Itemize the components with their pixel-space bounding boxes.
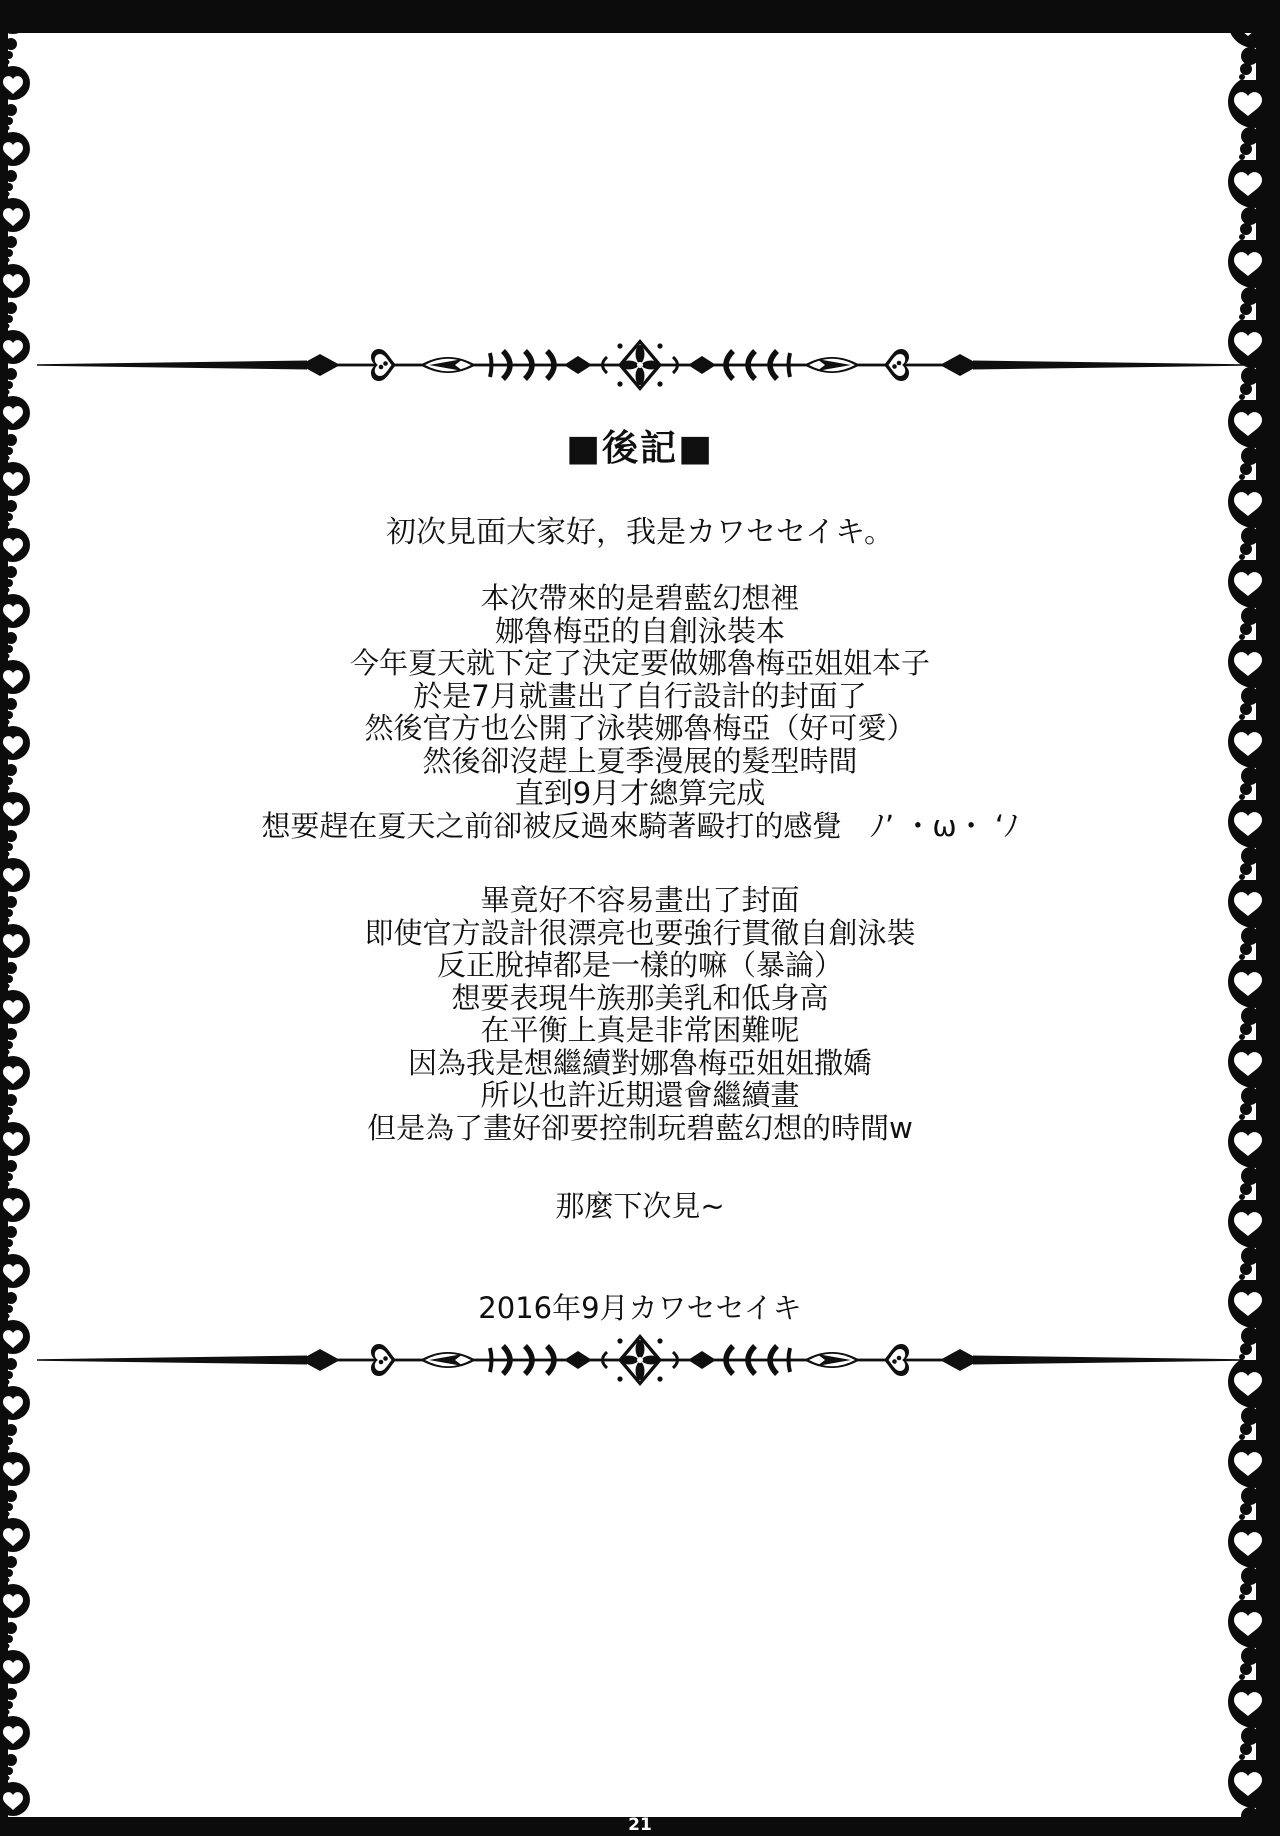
divider-ornament-top bbox=[35, 337, 1245, 393]
afterword-paragraph-1: 本次帶來的是碧藍幻想裡 娜魯梅亞的自創泳裝本 今年夏天就下定了決定要做娜魯梅亞姐… bbox=[40, 582, 1240, 842]
divider-ornament-bottom bbox=[35, 1332, 1245, 1388]
afterword-line: 今年夏天就下定了決定要做娜魯梅亞姐姐本子 bbox=[40, 647, 1240, 680]
afterword-line: 於是7月就畫出了自行設計的封面了 bbox=[40, 680, 1240, 713]
afterword-title: ■後記■ bbox=[40, 420, 1240, 471]
afterword-line: 即使官方設計很漂亮也要強行貫徹自創泳裝 bbox=[40, 917, 1240, 950]
afterword-line: 想要表現牛族那美乳和低身高 bbox=[40, 982, 1240, 1015]
afterword-line: 所以也許近期還會繼續畫 bbox=[40, 1079, 1240, 1112]
afterword-page: 21 ■後記■ 初次見面大家好，我是カワセセイキ。 本次帶來的是碧藍幻想裡 娜魯… bbox=[0, 0, 1280, 1836]
frame-bar-top bbox=[0, 0, 1280, 33]
afterword-line: 但是為了畫好卻要控制玩碧藍幻想的時間w bbox=[40, 1112, 1240, 1145]
afterword-line: 娜魯梅亞的自創泳裝本 bbox=[40, 615, 1240, 648]
frame-bar-bottom: 21 bbox=[0, 1817, 1280, 1836]
afterword-line: 因為我是想繼續對娜魯梅亞姐姐撒嬌 bbox=[40, 1047, 1240, 1080]
lace-border-right bbox=[1168, 0, 1280, 1836]
afterword-line: 直到9月才總算完成 bbox=[40, 777, 1240, 810]
greeting-line: 初次見面大家好，我是カワセセイキ。 bbox=[40, 516, 1240, 550]
afterword-line: 在平衡上真是非常困難呢 bbox=[40, 1014, 1240, 1047]
lace-border-left bbox=[0, 0, 38, 1836]
afterword-line: 本次帶來的是碧藍幻想裡 bbox=[40, 582, 1240, 615]
afterword-line: 想要趕在夏天之前卻被反過來騎著毆打的感覺 ﾉ’ ・ω・ ‘ﾉ bbox=[40, 810, 1240, 843]
afterword-paragraph-2: 畢竟好不容易畫出了封面 即使官方設計很漂亮也要強行貫徹自創泳裝 反正脫掉都是一樣… bbox=[40, 884, 1240, 1144]
afterword-line: 然後官方也公開了泳裝娜魯梅亞（好可愛） bbox=[40, 712, 1240, 745]
afterword-line: 然後卻沒趕上夏季漫展的髮型時間 bbox=[40, 745, 1240, 778]
page-number: 21 bbox=[628, 1815, 652, 1835]
afterword-line: 反正脫掉都是一樣的嘛（暴論） bbox=[40, 949, 1240, 982]
signature-line: 2016年9月カワセセイキ bbox=[40, 1286, 1240, 1327]
afterword-line: 畢竟好不容易畫出了封面 bbox=[40, 884, 1240, 917]
closing-line: 那麼下次見~ bbox=[40, 1184, 1240, 1225]
